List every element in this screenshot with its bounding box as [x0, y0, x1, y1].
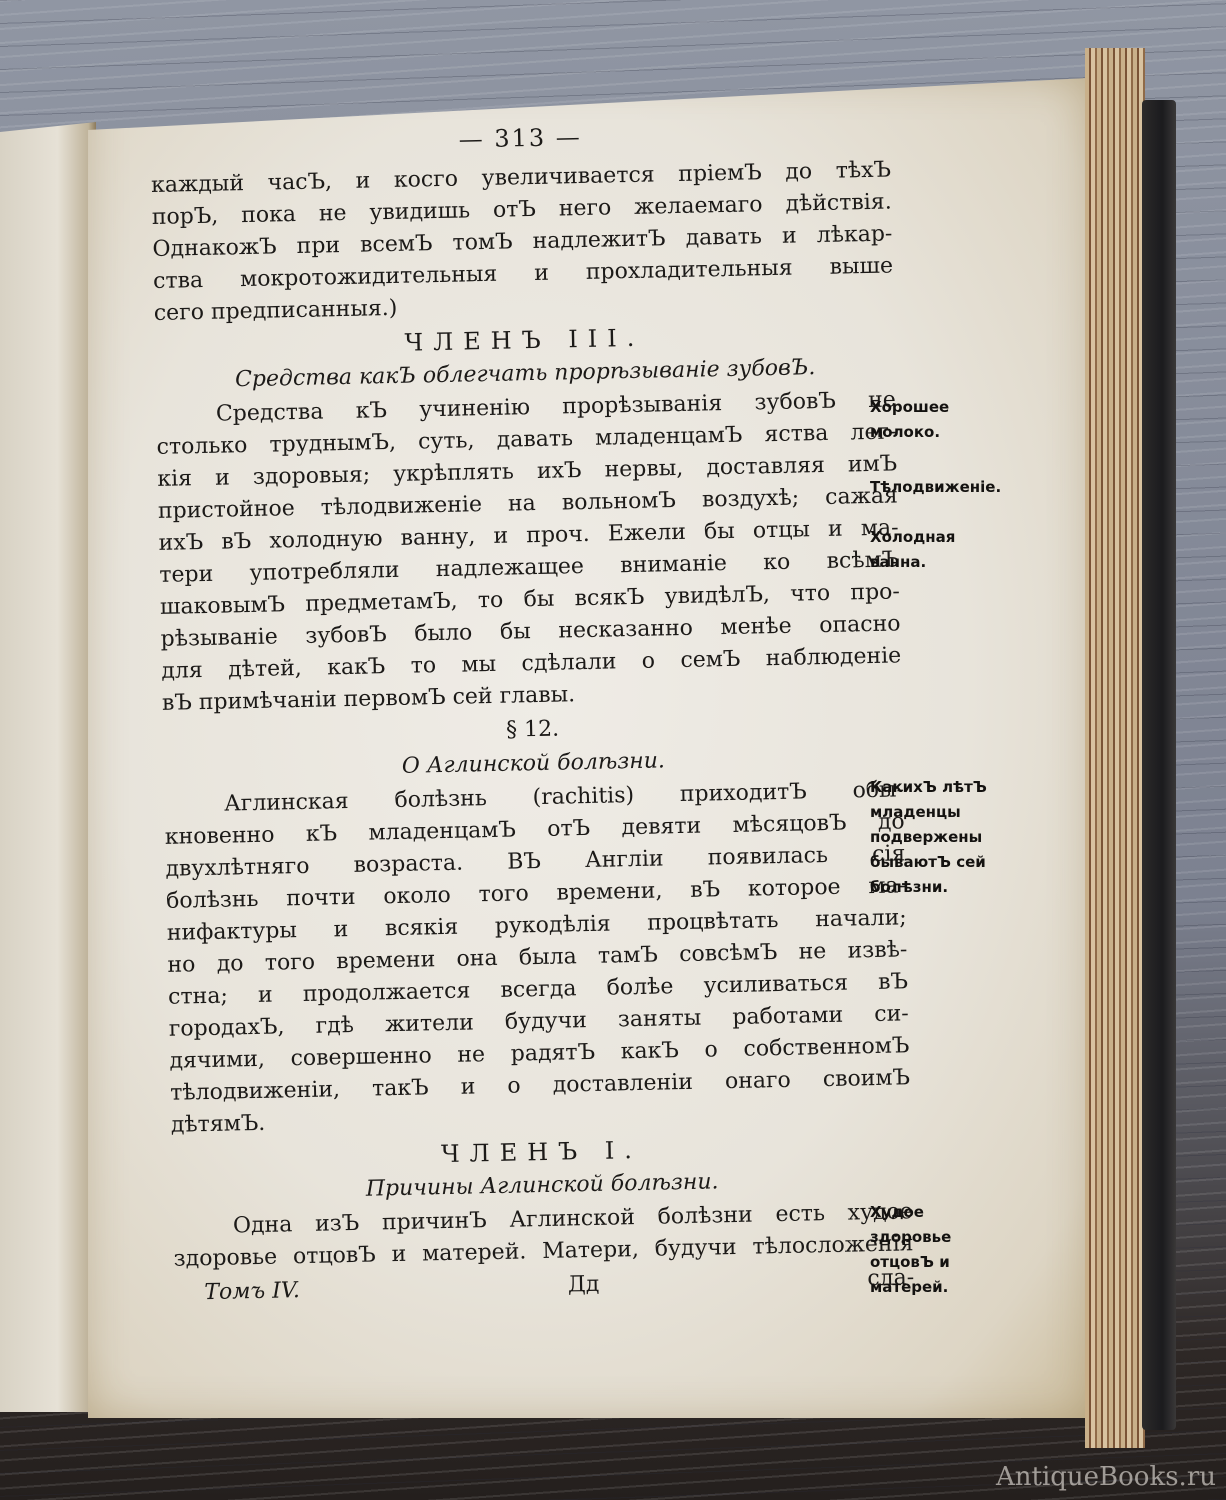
margin-note: КакихЪ лѣтЪ младенцы подвержены бываютЪ … — [870, 775, 990, 900]
signature-mark: Дд — [568, 1269, 600, 1302]
volume-label: Томъ IV. — [174, 1275, 300, 1310]
left-page-edge — [0, 122, 96, 1412]
book-cover — [1142, 100, 1176, 1430]
watermark: AntiqueBooks.ru — [996, 1462, 1216, 1492]
margin-note: Тѣлодвиженiе. — [870, 475, 990, 500]
page-edges — [1085, 48, 1145, 1448]
margin-note: Хорошее молоко. — [870, 395, 990, 445]
paragraph-rickets: Аглинская болѣзнь (rachitis) приходитЪ о… — [164, 774, 911, 1141]
margin-note: Холодная ванна. — [870, 525, 990, 575]
paragraph-top: каждый часЪ, и косго увеличивается прiем… — [151, 154, 894, 329]
page-text: — 313 — каждый часЪ, и косго увеличивает… — [150, 115, 915, 1310]
paragraph-teething: Средства кЪ учиненiю прорѣзыванiя зубовЪ… — [156, 384, 903, 719]
margin-note: Худое здоровье отцовЪ и матерей. — [870, 1200, 990, 1300]
